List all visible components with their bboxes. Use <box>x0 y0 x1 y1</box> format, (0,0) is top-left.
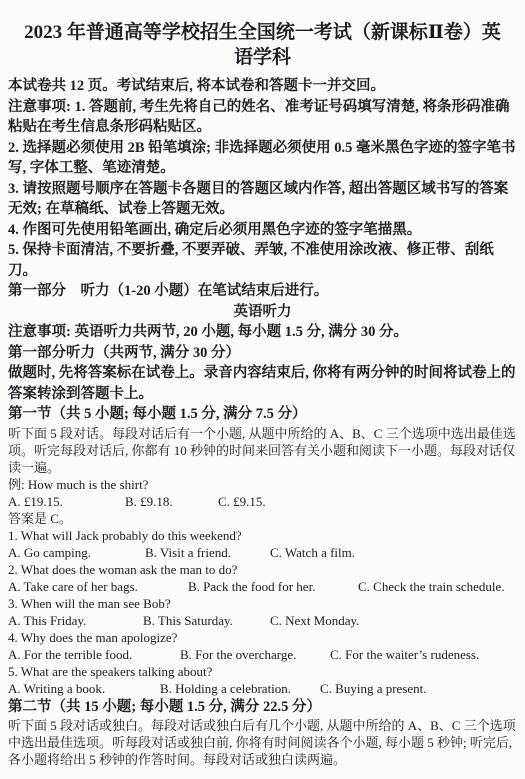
example-answer: 答案是 C。 <box>8 510 517 527</box>
option-c: C. Buying a present. <box>320 681 427 696</box>
example-option-b: B. £9.18. <box>125 493 218 510</box>
part1-heading: 第一部分听力（共两节, 满分 30 分） <box>8 343 517 364</box>
option-c: C. Check the train schedule. <box>358 579 505 594</box>
question-options-1: A. Go camping.B. Visit a friend.C. Watch… <box>8 544 517 561</box>
listening-notice: 注意事项: 英语听力共两节, 20 小题, 每小题 1.5 分, 满分 30 分… <box>8 322 517 343</box>
notice-item-2: 2. 选择题必须使用 2B 铅笔填涂; 非选择题必须使用 0.5 毫米黑色字迹的… <box>8 138 517 179</box>
option-c: C. Next Monday. <box>270 613 359 628</box>
listening-title: 英语听力 <box>8 302 517 323</box>
option-b: B. For the overcharge. <box>180 646 330 663</box>
option-b: B. Holding a celebration. <box>160 680 320 697</box>
part1-note: 做题时, 先将答案标在试卷上。录音内容结束后, 你将有两分钟的时间将试卷上的答案… <box>8 363 517 404</box>
page-title: 2023 年普通高等学校招生全国统一考试（新课标Ⅱ卷）英语学科 <box>22 20 503 70</box>
option-a: A. Writing a book. <box>8 680 160 697</box>
option-a: A. For the terrible food. <box>8 646 180 663</box>
section2-intro: 听下面 5 段对话或独白。每段对话或独白后有几个小题, 从题中所给的 A、B、C… <box>8 717 517 768</box>
question-options-4: A. For the terrible food.B. For the over… <box>8 646 517 663</box>
front-matter: 本试卷共 12 页。考试结束后, 将本试卷和答题卡一并交回。 注意事项: 1. … <box>8 76 517 425</box>
section2-heading: 第二节（共 15 小题; 每小题 1.5 分, 满分 22.5 分） <box>8 697 517 718</box>
option-a: A. Go camping. <box>8 544 145 561</box>
option-a: A. This Friday. <box>8 612 143 629</box>
question-options-5: A. Writing a book.B. Holding a celebrati… <box>8 680 517 697</box>
option-b: B. This Saturday. <box>143 612 270 629</box>
question-options-3: A. This Friday.B. This Saturday.C. Next … <box>8 612 517 629</box>
question-text-1: 1. What will Jack probably do this weeke… <box>8 527 517 544</box>
section2-body: 听下面 5 段对话或独白。每段对话或独白后有几个小题, 从题中所给的 A、B、C… <box>8 717 517 768</box>
notice-item-4: 4. 作图可先使用铅笔画出, 确定后必须用黑色字迹的签字笔描黑。 <box>8 220 517 241</box>
question-text-4: 4. Why does the man apologize? <box>8 629 517 646</box>
option-c: C. Watch a film. <box>270 545 355 560</box>
notice-item-3: 3. 请按照题号顺序在答题卡各题目的答题区域内作答, 超出答题区域书写的答案无效… <box>8 179 517 220</box>
section1-intro: 听下面 5 段对话。每段对话后有一个小题, 从题中所给的 A、B、C 三个选项中… <box>8 425 517 476</box>
example-option-c: C. £9.15. <box>218 494 266 509</box>
question-text-5: 5. What are the speakers talking about? <box>8 663 517 680</box>
notice-item-1: 注意事项: 1. 答题前, 考生先将自己的姓名、准考证号码填写清楚, 将条形码准… <box>8 97 517 138</box>
example-options: A. £19.15.B. £9.18.C. £9.15. <box>8 493 517 510</box>
question-text-3: 3. When will the man see Bob? <box>8 595 517 612</box>
paper-info-line: 本试卷共 12 页。考试结束后, 将本试卷和答题卡一并交回。 <box>8 76 517 97</box>
option-c: C. For the waiter’s rudeness. <box>330 647 479 662</box>
section1-body: 听下面 5 段对话。每段对话后有一个小题, 从题中所给的 A、B、C 三个选项中… <box>8 425 517 697</box>
example-question: 例: How much is the shirt? <box>8 476 517 493</box>
question-options-2: A. Take care of her bags.B. Pack the foo… <box>8 578 517 595</box>
question-text-2: 2. What does the woman ask the man to do… <box>8 561 517 578</box>
example-option-a: A. £19.15. <box>8 493 125 510</box>
section1-heading: 第一节（共 5 小题; 每小题 1.5 分, 满分 7.5 分） <box>8 404 517 425</box>
option-a: A. Take care of her bags. <box>8 578 188 595</box>
exam-paper-page: 2023 年普通高等学校招生全国统一考试（新课标Ⅱ卷）英语学科 本试卷共 12 … <box>0 0 525 768</box>
listening-announcement: 第一部分 听力（1-20 小题）在笔试结束后进行。 <box>8 281 517 302</box>
option-b: B. Visit a friend. <box>145 544 270 561</box>
notice-item-5: 5. 保持卡面清洁, 不要折叠, 不要弄破、弄皱, 不准使用涂改液、修正带、刮纸… <box>8 240 517 281</box>
option-b: B. Pack the food for her. <box>188 578 358 595</box>
